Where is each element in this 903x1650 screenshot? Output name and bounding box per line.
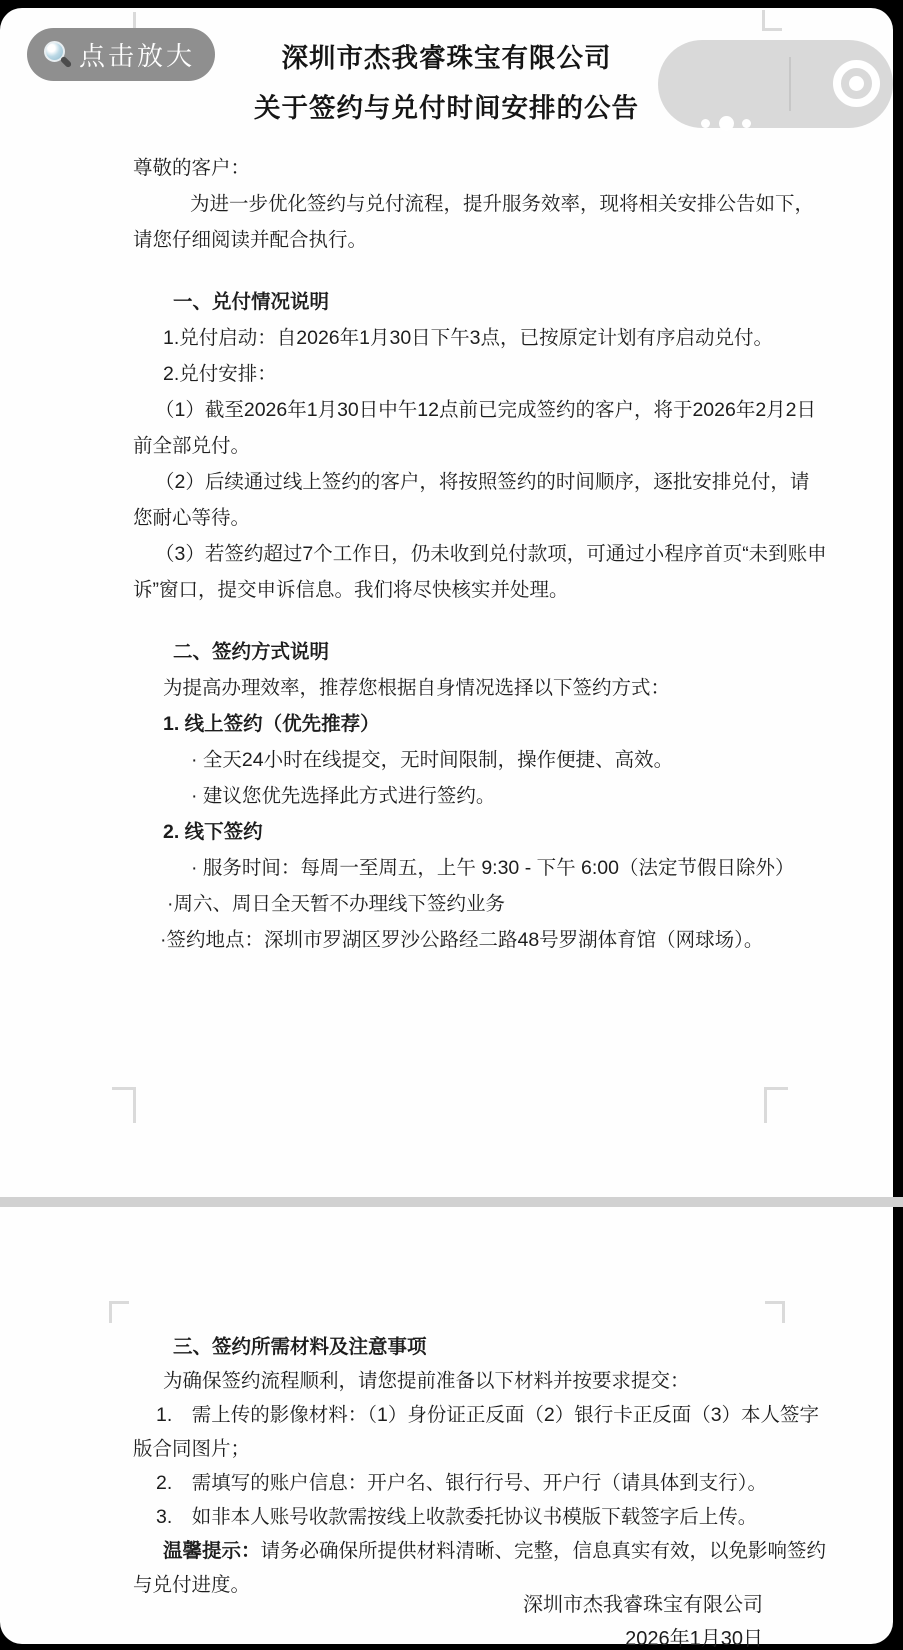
corner-mark-mid-right-v: [764, 1087, 767, 1123]
para-redemption-start: 1.兑付启动：自2026年1月30日下午3点，已按原定计划有序启动兑付。: [133, 320, 827, 356]
para-signing-intro: 为提高办理效率，推荐您根据自身情况选择以下签约方式：: [133, 670, 827, 706]
bullet-offline-weekend: ·周六、周日全天暂不办理线下签约业务: [133, 886, 827, 922]
bullet-online-2: · 建议您优先选择此方式进行签约。: [133, 778, 827, 814]
para-plan-item1: （1）截至2026年1月30日中午12点前已完成签约的客户，将于2026年2月2…: [133, 392, 827, 464]
para-material-1: 1. 需上传的影像材料：（1）身份证正反面（2）银行卡正反面（3）本人签字版合同…: [133, 1398, 827, 1466]
warm-tip-label: 温馨提示：: [163, 1540, 261, 1562]
miniprogram-capsule: [658, 40, 893, 128]
three-dots-icon: [701, 119, 710, 128]
corner-mark-page2-right-v: [782, 1301, 785, 1323]
corner-mark-mid-right-h: [764, 1087, 788, 1090]
para-redemption-plan: 2.兑付安排：: [133, 356, 827, 392]
corner-mark-top-right-h: [762, 28, 782, 31]
capsule-divider: [789, 57, 791, 111]
close-target-icon[interactable]: [833, 60, 880, 107]
footer-date: 2026年1月30日: [625, 1622, 763, 1650]
para-salutation: 尊敬的客户：: [133, 150, 827, 186]
footer-company: 深圳市杰我睿珠宝有限公司: [523, 1588, 763, 1617]
heading-section1: 一、兑付情况说明: [133, 284, 827, 320]
magnifier-icon: [44, 41, 71, 68]
corner-mark-page2-left-v: [109, 1301, 112, 1323]
heading-section3: 三、签约所需材料及注意事项: [133, 1330, 827, 1364]
corner-mark-mid-left-v: [133, 1087, 136, 1123]
corner-mark-page2-left-h: [109, 1301, 129, 1304]
bullet-offline-location: ·签约地点：深圳市罗湖区罗沙公路经二路48号罗湖体育馆（网球场）。: [133, 922, 827, 958]
heading-online-signing: 1. 线上签约（优先推荐）: [133, 706, 827, 742]
para-material-2: 2. 需填写的账户信息：开户名、银行行号、开户行（请具体到支行）。: [133, 1466, 827, 1500]
para-material-3: 3. 如非本人账号收款需按线上收款委托协议书模版下载签字后上传。: [133, 1500, 827, 1534]
screen: 点击放大 深圳市杰我睿珠宝有限公司 关于签约与兑付时间安排的公告 尊敬的客户： …: [0, 0, 903, 1650]
bullet-offline-hours: · 服务时间：每周一至周五，上午 9:30 - 下午 6:00（法定节假日除外）: [133, 850, 827, 886]
para-intro: 为进一步优化签约与兑付流程，提升服务效率，现将相关安排公告如下，请您仔细阅读并配…: [133, 186, 827, 258]
page-divider-band: [0, 1197, 903, 1207]
announcement-page1: 尊敬的客户： 为进一步优化签约与兑付流程，提升服务效率，现将相关安排公告如下，请…: [133, 150, 827, 958]
zoom-in-button[interactable]: 点击放大: [27, 28, 215, 81]
bullet-online-1: · 全天24小时在线提交，无时间限制，操作便捷、高效。: [133, 742, 827, 778]
para-plan-item3: （3）若签约超过7个工作日，仍未收到兑付款项，可通过小程序首页“未到账申诉”窗口…: [133, 536, 827, 608]
para-plan-item2: （2）后续通过线上签约的客户，将按照签约的时间顺序，逐批安排兑付，请您耐心等待。: [133, 464, 827, 536]
announcement-page2: 三、签约所需材料及注意事项 为确保签约流程顺利，请您提前准备以下材料并按要求提交…: [133, 1330, 827, 1602]
heading-offline-signing: 2. 线下签约: [133, 814, 827, 850]
zoom-button-label: 点击放大: [79, 36, 195, 73]
para-materials-intro: 为确保签约流程顺利，请您提前准备以下材料并按要求提交：: [133, 1364, 827, 1398]
heading-section2: 二、签约方式说明: [133, 634, 827, 670]
